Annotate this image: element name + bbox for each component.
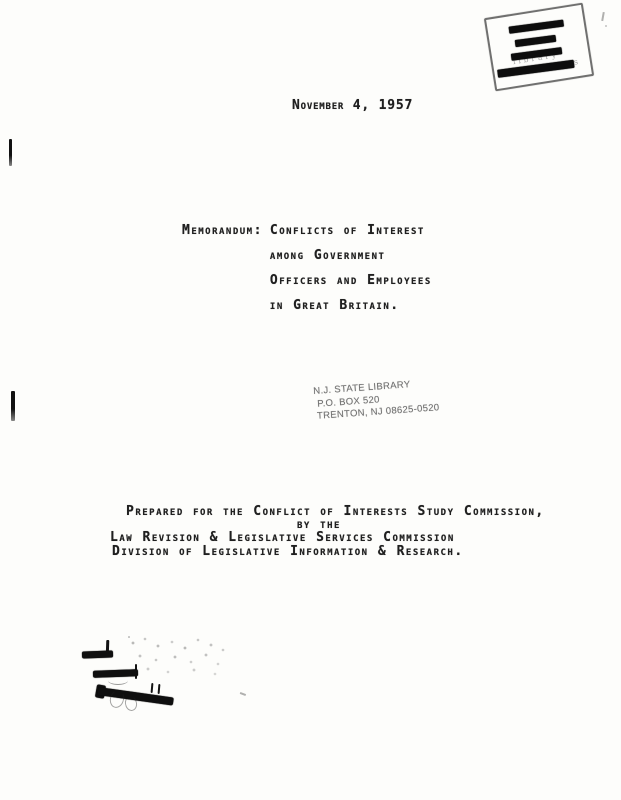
pen-stroke xyxy=(151,683,154,693)
scan-artifact-dot xyxy=(605,25,607,27)
redaction-bar xyxy=(515,35,556,47)
scanned-document-page: library s November 4, 1957 Memorandum: C… xyxy=(0,0,621,800)
memo-line: in Great Britain. xyxy=(270,293,432,318)
margin-pen-mark xyxy=(11,391,15,421)
memo-line: Conflicts of Interest xyxy=(270,218,432,243)
footer-line: Division of Legislative Information & Re… xyxy=(112,545,545,558)
date-line: November 4, 1957 xyxy=(292,98,413,113)
memo-line: Officers and Employees xyxy=(270,268,432,293)
scan-artifact-dash xyxy=(601,12,604,21)
footer-block: Prepared for the Conflict of Interests S… xyxy=(110,505,545,558)
library-address-stamp: N.J. STATE LIBRARY P.O. BOX 520 TRENTON,… xyxy=(313,377,440,423)
handwriting-remnant xyxy=(108,676,128,685)
redaction-scribble-bar xyxy=(82,650,113,658)
memo-lines: Conflicts of Interest among Government O… xyxy=(270,218,432,318)
memo-label: Memorandum: xyxy=(182,218,263,243)
stamp-fragment-s: s xyxy=(573,57,578,67)
redaction-bar xyxy=(509,20,564,34)
ink-speckles xyxy=(128,636,130,638)
margin-pen-mark xyxy=(9,139,12,166)
memo-line: among Government xyxy=(270,243,432,268)
redacted-stamp: library s xyxy=(484,3,594,92)
pen-stroke xyxy=(158,684,161,694)
memo-block: Memorandum: Conflicts of Interest among … xyxy=(182,218,432,318)
scan-artifact-dash xyxy=(240,692,246,695)
footer-line: Law Revision & Legislative Services Comm… xyxy=(110,531,545,544)
